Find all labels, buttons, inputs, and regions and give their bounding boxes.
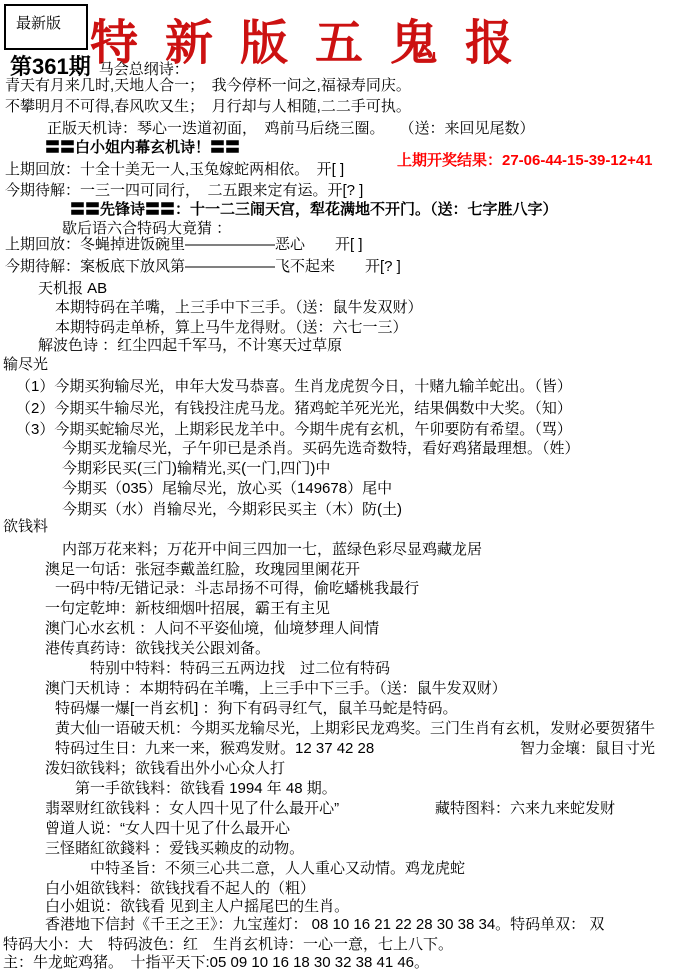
text-line: 一码中特/无错记录：斗志昂扬不可得，偷吃蟠桃我最行	[55, 580, 419, 598]
text-line: 曾道人说：“女人四十见了什么最开心	[45, 820, 290, 838]
text-line: 本期特码走单桥，算上马牛龙得财。（送：六七一三）	[55, 319, 408, 337]
text-line: 中特圣旨：不须三心共二意，人人重心又动情。鸡龙虎蛇	[90, 860, 465, 878]
text-line: 今期待解：案板底下放风第——————飞不起来 开[? ]	[5, 258, 401, 276]
text-line: 澳足一句话：张冠李戴盖红脸，玫瑰园里阑花开	[45, 561, 360, 579]
text-line: 澳门心水玄机 ：人问不平姿仙境，仙境梦理人间情	[45, 620, 379, 638]
text-line: 主：牛龙蛇鸡猪。 十指平天下:05 09 10 16 18 30 32 38 4…	[3, 954, 429, 972]
text-line: 白小姐欲钱料：欲钱找看不起人的（粗）	[45, 880, 315, 898]
text-line: 特码爆一爆[一肖玄机] ：狗下有码寻红气，鼠羊马蛇是特码。	[55, 700, 458, 718]
text-line: 内部万花来料；万花开中间三四加一七，蓝绿色彩尽显鸡藏龙居	[62, 541, 482, 559]
text-line: 今期买龙输尽光，子午卯已是杀肖。买码先选奇数特，看好鸡猪最理想。（姓）	[62, 440, 580, 458]
latest-edition-badge: 最新版	[14, 12, 63, 33]
text-line: 一句定乾坤：新枝细烟叶招展，霸王有主见	[45, 600, 330, 618]
text-line: 香港地下信封《千王之王》：九宝莲灯： 08 10 16 21 22 28 30 …	[45, 916, 604, 934]
text-line: 第一手欲钱料：欲钱看 1994 年 48 期。	[75, 780, 337, 798]
text-line: 特码大小：大 特码波色：红 生肖玄机诗：一心一意，七上八下。	[3, 936, 453, 954]
section-heading-yuqianliao: 欲钱料	[3, 518, 48, 536]
text-line: 特码过生日：九来一来，猴鸡发财。12 37 42 28	[55, 740, 374, 758]
text-line: 本期特码在羊嘴，上三手中下三手。（送：鼠牛发双财）	[55, 299, 423, 317]
text-line: 白小姐说：欲钱看 见到主人户摇尾巴的生肖。	[45, 898, 349, 916]
poem-line: 不攀明月不可得,春风吹又生； 月行却与人相随,二二手可执。	[5, 98, 411, 116]
text-line: 今期买（035）尾输尽光，放心买（149678）尾中	[62, 480, 392, 498]
text-line: 〓〓先锋诗〓〓：十一二三闹天宫，犁花满地不开门。（送：七字胜八字）	[70, 201, 558, 219]
issue-number: 第361期	[10, 54, 91, 79]
text-line: 智力金壤：鼠目寸光	[520, 740, 655, 758]
text-line: 今期彩民买(三门)输精光,买(一门,四门)中	[62, 460, 330, 478]
text-line: 藏特图料：六来九来蛇发财	[435, 800, 615, 818]
text-line: 解波色诗 ：红尘四起千军马，不计寒天过草原	[38, 337, 342, 355]
latest-edition-badge-box: 最新版	[4, 4, 88, 50]
text-line: 〓〓白小姐内幕玄机诗！〓〓	[45, 139, 240, 157]
tip-sheet-page: 最新版 特新版五鬼报 第361期马会总纲诗： 上期开奖结果：27-06-44-1…	[0, 0, 683, 974]
text-line: 正版天机诗：琴心一迭道初面， 鸡前马后绕三圈。 （送：来回见尾数）	[47, 120, 535, 138]
text-line: 港传真药诗：欲钱找关公跟刘备。	[45, 640, 270, 658]
text-line: 今期买（水）肖输尽光，今期彩民买主（木）防(土)	[62, 501, 402, 519]
text-line: 黄大仙一语破天机：今期买龙输尽光，上期彩民龙鸡奖。三门生肖有玄机，发财必要贺猪牛	[55, 720, 655, 738]
text-line: 天机报 AB	[38, 280, 107, 298]
text-line: 泼妇欲钱料；欲钱看出外小心众人打	[45, 760, 285, 778]
section-heading-shujinguang: 输尽光	[3, 356, 48, 374]
text-line: 今期待解：一三一四可同行， 二五跟来定有运。开[? ]	[5, 182, 363, 200]
text-line: 上期回放：冬蝇掉进饭碗里——————恶心 开[ ]	[5, 236, 363, 254]
text-line: （3）今期买蛇输尽光，上期彩民龙羊中。今期牛虎有玄机，午卯要防有希望。（骂）	[16, 421, 572, 439]
last-draw-result: 上期开奖结果：27-06-44-15-39-12+41	[397, 149, 653, 170]
text-line: （1）今期买狗输尽光，申年大发马恭喜。生肖龙虎贺今日，十赌九输羊蛇出。（皆）	[16, 378, 572, 396]
text-line: 澳门天机诗 ：本期特码在羊嘴，上三手中下三手。（送：鼠牛发双财）	[45, 680, 507, 698]
poem-line: 青天有月来几时,天地人合一； 我今停杯一问之,福禄寿同庆。	[5, 77, 411, 95]
text-line: 翡翠财红欲钱料 ：女人四十见了什么最开心”	[45, 800, 339, 818]
text-line: （2）今期买牛输尽光，有钱投注虎马龙。猪鸡蛇羊死光光，结果偶数中大奖。（知）	[16, 400, 572, 418]
text-line: 上期回放：十全十美无一人,玉兔嫁蛇两相依。 开[ ]	[5, 161, 344, 179]
text-line: 三怪賭紅欲錢料 ：爱钱买赖皮的动物。	[45, 840, 304, 858]
text-line: 特别中特料：特码三五两边找 过二位有特码	[90, 660, 390, 678]
issue-suffix-label: 马会总纲诗：	[99, 61, 189, 78]
